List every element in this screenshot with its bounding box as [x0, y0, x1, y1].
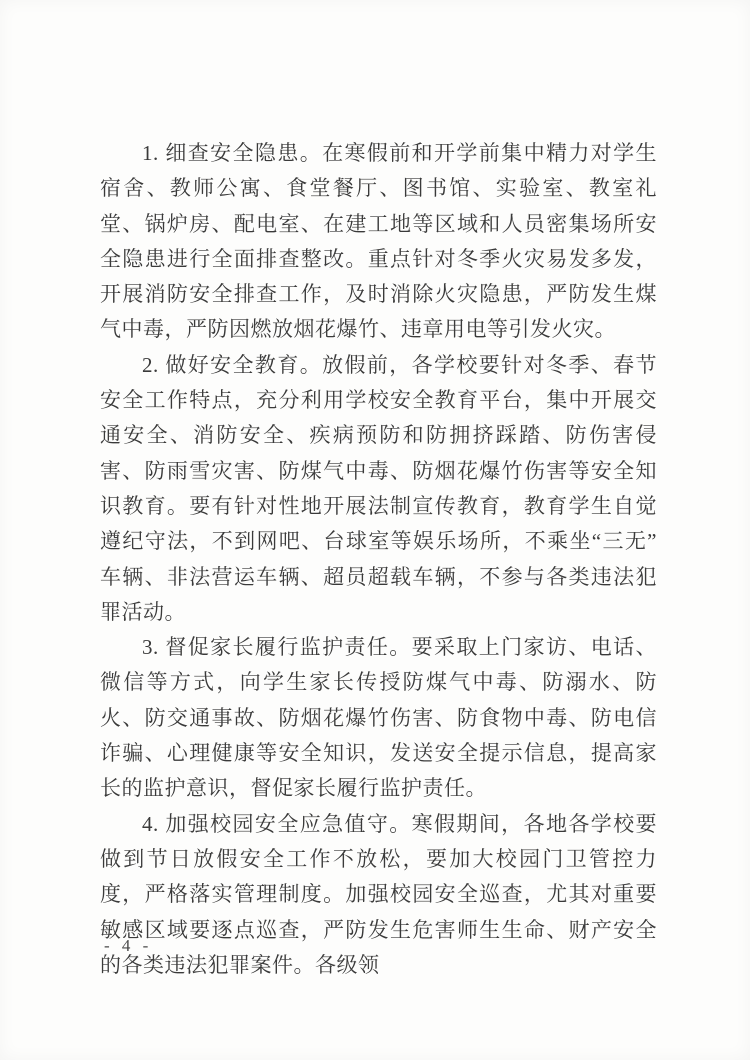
- page-number: - 4 -: [104, 936, 152, 956]
- paragraph-2: 2. 做好安全教育。放假前，各学校要针对冬季、春节安全工作特点，充分利用学校安全…: [100, 348, 657, 630]
- document-page: 1. 细查安全隐患。在寒假前和开学前集中精力对学生宿舍、教师公寓、食堂餐厅、图书…: [0, 0, 750, 1060]
- paragraph-3: 3. 督促家长履行监护责任。要采取上门家访、电话、微信等方式，向学生家长传授防煤…: [100, 630, 657, 806]
- paragraph-4: 4. 加强校园安全应急值守。寒假期间，各地各学校要做到节日放假安全工作不放松，要…: [100, 807, 657, 983]
- document-body: 1. 细查安全隐患。在寒假前和开学前集中精力对学生宿舍、教师公寓、食堂餐厅、图书…: [100, 136, 657, 983]
- paragraph-1: 1. 细查安全隐患。在寒假前和开学前集中精力对学生宿舍、教师公寓、食堂餐厅、图书…: [100, 136, 657, 348]
